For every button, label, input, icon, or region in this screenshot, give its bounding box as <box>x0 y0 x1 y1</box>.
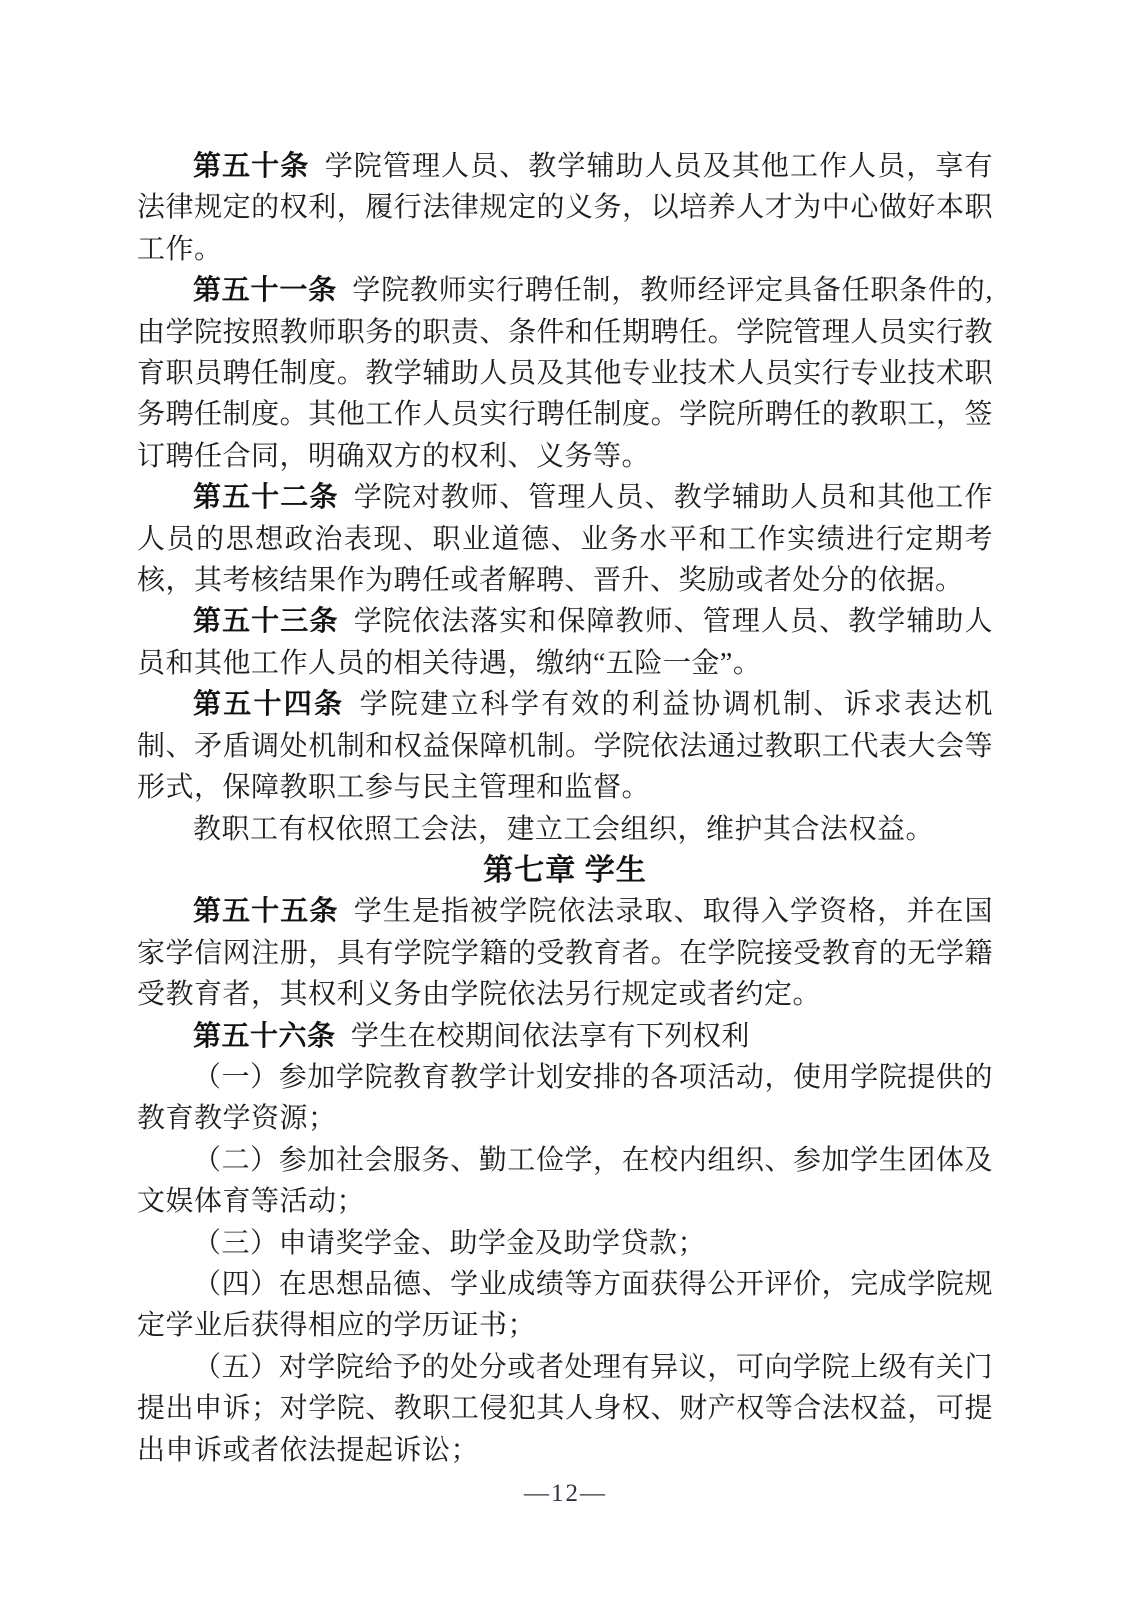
article-paragraph: 第五十三条学院依法落实和保障教师、管理人员、教学辅助人员和其他工作人员的相关待遇… <box>137 601 993 684</box>
list-item-paragraph: （四）在思想品德、学业成绩等方面获得公开评价，完成学院规定学业后获得相应的学历证… <box>137 1264 993 1347</box>
article-text: （四）在思想品德、学业成绩等方面获得公开评价，完成学院规定学业后获得相应的学历证… <box>137 1269 993 1341</box>
article-paragraph: 第五十五条学生是指被学院依法录取、取得入学资格，并在国家学信网注册，具有学院学籍… <box>137 891 993 1015</box>
article-text: （二）参加社会服务、勤工俭学，在校内组织、参加学生团体及文娱体育等活动； <box>137 1145 993 1217</box>
article-number: 第五十条 <box>193 151 309 182</box>
list-item-paragraph: （一）参加学院教育教学计划安排的各项活动，使用学院提供的教育教学资源； <box>137 1057 993 1140</box>
article-text: 学生在校期间依法享有下列权利 <box>351 1021 750 1052</box>
article-number: 第五十三条 <box>193 606 338 637</box>
article-text: （一）参加学院教育教学计划安排的各项活动，使用学院提供的教育教学资源； <box>137 1062 993 1134</box>
list-item-paragraph: （三）申请奖学金、助学金及助学贷款； <box>137 1223 993 1264</box>
article-paragraph: 教职工有权依照工会法，建立工会组织，维护其合法权益。 <box>137 809 993 850</box>
article-paragraph: 第五十六条学生在校期间依法享有下列权利 <box>137 1016 993 1057</box>
article-number: 第五十四条 <box>193 689 344 720</box>
article-text: 教职工有权依照工会法，建立工会组织，维护其合法权益。 <box>193 814 934 845</box>
document-page: 第五十条学院管理人员、教学辅助人员及其他工作人员，享有法律规定的权利，履行法律规… <box>0 0 1131 1600</box>
article-paragraph: 第五十二条学院对教师、管理人员、教学辅助人员和其他工作人员的思想政治表现、职业道… <box>137 477 993 601</box>
article-number: 第五十二条 <box>193 482 338 513</box>
article-paragraph: 第五十一条学院教师实行聘任制，教师经评定具备任职条件的,由学院按照教师职务的职责… <box>137 270 993 477</box>
article-text: （五）对学院给予的处分或者处理有异议，可向学院上级有关门提出申诉；对学院、教职工… <box>137 1352 993 1466</box>
list-item-paragraph: （二）参加社会服务、勤工俭学，在校内组织、参加学生团体及文娱体育等活动； <box>137 1140 993 1223</box>
article-paragraph: 第五十四条学院建立科学有效的利益协调机制、诉求表达机制、矛盾调处机制和权益保障机… <box>137 684 993 808</box>
article-number: 第五十一条 <box>193 275 337 306</box>
page-number: —12— <box>0 1480 1131 1508</box>
chapter-heading: 第七章 学生 <box>137 850 993 891</box>
article-paragraph: 第五十条学院管理人员、教学辅助人员及其他工作人员，享有法律规定的权利，履行法律规… <box>137 146 993 270</box>
document-body: 第五十条学院管理人员、教学辅助人员及其他工作人员，享有法律规定的权利，履行法律规… <box>137 146 993 1471</box>
article-number: 第五十五条 <box>193 896 338 927</box>
article-text: （三）申请奖学金、助学金及助学贷款； <box>193 1228 706 1259</box>
article-number: 第五十六条 <box>193 1021 336 1052</box>
list-item-paragraph: （五）对学院给予的处分或者处理有异议，可向学院上级有关门提出申诉；对学院、教职工… <box>137 1347 993 1471</box>
